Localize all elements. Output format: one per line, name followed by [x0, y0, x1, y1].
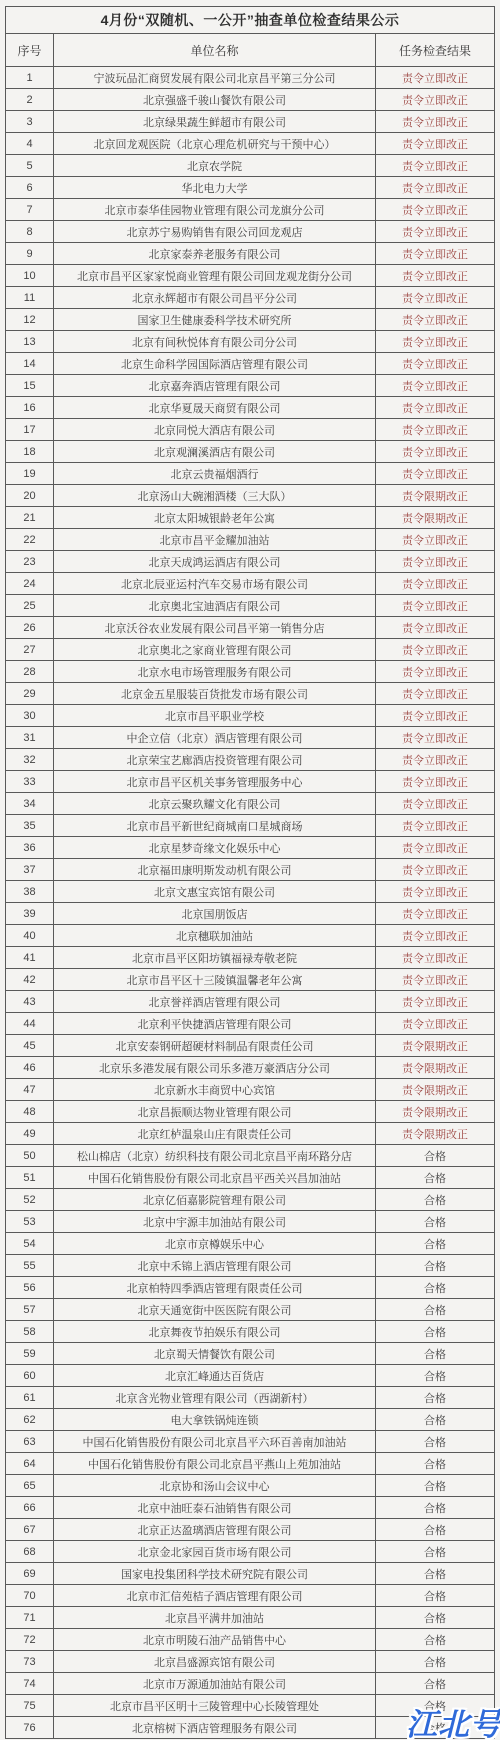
unit-name: 北京市昌平区阳坊镇福禄寿敬老院: [54, 947, 376, 969]
unit-name: 北京星梦奇缘文化娱乐中心: [54, 837, 376, 859]
page-title: 4月份“双随机、一公开”抽查单位检查结果公示: [6, 7, 495, 34]
unit-name: 北京回龙观医院（北京心理危机研究与干预中心）: [54, 133, 376, 155]
row-number: 37: [6, 859, 54, 881]
inspection-result: 责令立即改正: [376, 925, 495, 947]
inspection-result: 责令立即改正: [376, 969, 495, 991]
row-number: 65: [6, 1475, 54, 1497]
inspection-result: 合格: [376, 1409, 495, 1431]
unit-name: 国家电投集团科学技术研究院有限公司: [54, 1563, 376, 1585]
row-number: 29: [6, 683, 54, 705]
unit-name: 北京云贵福烟酒行: [54, 463, 376, 485]
table-row: 33北京市昌平区机关事务管理服务中心责令立即改正: [6, 771, 495, 793]
announcement-page: 4月份“双随机、一公开”抽查单位检查结果公示 序号 单位名称 任务检查结果 1宁…: [0, 0, 500, 1740]
unit-name: 松山棉店（北京）纺织科技有限公司北京昌平南环路分店: [54, 1145, 376, 1167]
table-row: 41北京市昌平区阳坊镇福禄寿敬老院责令立即改正: [6, 947, 495, 969]
table-row: 69国家电投集团科学技术研究院有限公司合格: [6, 1563, 495, 1585]
unit-name: 北京强盛千骏山餐饮有限公司: [54, 89, 376, 111]
row-number: 58: [6, 1321, 54, 1343]
inspection-result: 合格: [376, 1519, 495, 1541]
unit-name: 北京奥北之家商业管理有限公司: [54, 639, 376, 661]
watermark-logo: 江北号: [406, 1699, 500, 1740]
table-row: 51中国石化销售股份有限公司北京昌平西关兴昌加油站合格: [6, 1167, 495, 1189]
row-number: 28: [6, 661, 54, 683]
row-number: 38: [6, 881, 54, 903]
row-number: 48: [6, 1101, 54, 1123]
table-row: 7北京市泰华佳园物业管理有限公司龙旗分公司责令立即改正: [6, 199, 495, 221]
inspection-result: 合格: [376, 1541, 495, 1563]
inspection-result: 责令立即改正: [376, 89, 495, 111]
row-number: 26: [6, 617, 54, 639]
row-number: 31: [6, 727, 54, 749]
column-header-no: 序号: [6, 34, 54, 67]
inspection-result: 责令立即改正: [376, 221, 495, 243]
table-row: 73北京昌盛源宾馆有限公司合格: [6, 1651, 495, 1673]
row-number: 52: [6, 1189, 54, 1211]
row-number: 69: [6, 1563, 54, 1585]
table-row: 16北京华夏晟天商贸有限公司责令立即改正: [6, 397, 495, 419]
table-row: 17北京同悦大酒店有限公司责令立即改正: [6, 419, 495, 441]
inspection-result: 合格: [376, 1475, 495, 1497]
row-number: 20: [6, 485, 54, 507]
table-row: 64中国石化销售股份有限公司北京昌平燕山上苑加油站合格: [6, 1453, 495, 1475]
table-row: 61北京含光物业管理有限公司（西湖新村）合格: [6, 1387, 495, 1409]
results-table-body: 4月份“双随机、一公开”抽查单位检查结果公示 序号 单位名称 任务检查结果 1宁…: [6, 7, 495, 1739]
row-number: 34: [6, 793, 54, 815]
table-row: 63中国石化销售股份有限公司北京昌平六环百善南加油站合格: [6, 1431, 495, 1453]
table-row: 2北京强盛千骏山餐饮有限公司责令立即改正: [6, 89, 495, 111]
table-row: 29北京金五星服装百货批发市场有限公司责令立即改正: [6, 683, 495, 705]
table-row: 46北京乐多港发展有限公司乐多港万豪酒店分公司责令限期改正: [6, 1057, 495, 1079]
unit-name: 北京中宇源丰加油站有限公司: [54, 1211, 376, 1233]
row-number: 59: [6, 1343, 54, 1365]
unit-name: 北京云聚玖耀文化有限公司: [54, 793, 376, 815]
unit-name: 北京柏特四季酒店管理有限责任公司: [54, 1277, 376, 1299]
unit-name: 北京市昌平区家家悦商业管理有限公司回龙观龙街分公司: [54, 265, 376, 287]
unit-name: 北京汤山大碗湘酒楼（三大队）: [54, 485, 376, 507]
unit-name: 北京市昌平区机关事务管理服务中心: [54, 771, 376, 793]
row-number: 43: [6, 991, 54, 1013]
inspection-result: 责令立即改正: [376, 1013, 495, 1035]
row-number: 74: [6, 1673, 54, 1695]
inspection-result: 责令限期改正: [376, 1079, 495, 1101]
table-row: 52北京亿佰嘉影院管理有限公司合格: [6, 1189, 495, 1211]
row-number: 22: [6, 529, 54, 551]
unit-name: 北京榕树下酒店管理服务有限公司: [54, 1717, 376, 1739]
unit-name: 北京生命科学园国际酒店管理有限公司: [54, 353, 376, 375]
table-row: 74北京市万源通加油站有限公司合格: [6, 1673, 495, 1695]
inspection-result: 责令立即改正: [376, 639, 495, 661]
unit-name: 北京市明陵石油产品销售中心: [54, 1629, 376, 1651]
inspection-result: 合格: [376, 1255, 495, 1277]
unit-name: 北京含光物业管理有限公司（西湖新村）: [54, 1387, 376, 1409]
table-row: 34北京云聚玖耀文化有限公司责令立即改正: [6, 793, 495, 815]
unit-name: 北京沃谷农业发展有限公司昌平第一销售分店: [54, 617, 376, 639]
table-row: 23北京天成鸿运酒店有限公司责令立即改正: [6, 551, 495, 573]
unit-name: 北京北辰亚运村汽车交易市场有限公司: [54, 573, 376, 595]
unit-name: 北京汇峰通达百货店: [54, 1365, 376, 1387]
inspection-result: 合格: [376, 1607, 495, 1629]
inspection-result: 合格: [376, 1629, 495, 1651]
unit-name: 北京家泰养老服务有限公司: [54, 243, 376, 265]
row-number: 12: [6, 309, 54, 331]
unit-name: 北京新水丰商贸中心宾馆: [54, 1079, 376, 1101]
inspection-result: 责令立即改正: [376, 111, 495, 133]
unit-name: 中国石化销售股份有限公司北京昌平西关兴昌加油站: [54, 1167, 376, 1189]
table-row: 57北京天通宽街中医医院有限公司合格: [6, 1299, 495, 1321]
table-row: 9北京家泰养老服务有限公司责令立即改正: [6, 243, 495, 265]
row-number: 11: [6, 287, 54, 309]
row-number: 64: [6, 1453, 54, 1475]
row-number: 57: [6, 1299, 54, 1321]
inspection-result: 合格: [376, 1211, 495, 1233]
unit-name: 北京协和汤山会议中心: [54, 1475, 376, 1497]
table-row: 26北京沃谷农业发展有限公司昌平第一销售分店责令立即改正: [6, 617, 495, 639]
unit-name: 北京天成鸿运酒店有限公司: [54, 551, 376, 573]
table-row: 38北京文惠宝宾馆有限公司责令立即改正: [6, 881, 495, 903]
row-number: 10: [6, 265, 54, 287]
inspection-result: 责令立即改正: [376, 243, 495, 265]
inspection-result: 责令立即改正: [376, 881, 495, 903]
unit-name: 北京有间秋悦体育有限公司分公司: [54, 331, 376, 353]
table-row: 67北京正达盈璃酒店管理有限公司合格: [6, 1519, 495, 1541]
unit-name: 北京利平快捷酒店管理有限公司: [54, 1013, 376, 1035]
table-row: 71北京昌平满井加油站合格: [6, 1607, 495, 1629]
unit-name: 北京奥北宝迪酒店有限公司: [54, 595, 376, 617]
inspection-result: 责令立即改正: [376, 419, 495, 441]
row-number: 32: [6, 749, 54, 771]
inspection-result: 责令限期改正: [376, 1035, 495, 1057]
row-number: 15: [6, 375, 54, 397]
table-row: 20北京汤山大碗湘酒楼（三大队）责令限期改正: [6, 485, 495, 507]
unit-name: 北京昌盛源宾馆有限公司: [54, 1651, 376, 1673]
unit-name: 北京荣宝艺廊酒店投资管理有限公司: [54, 749, 376, 771]
inspection-result: 责令立即改正: [376, 441, 495, 463]
row-number: 66: [6, 1497, 54, 1519]
inspection-result: 责令立即改正: [376, 529, 495, 551]
table-row: 72北京市明陵石油产品销售中心合格: [6, 1629, 495, 1651]
inspection-result: 责令立即改正: [376, 661, 495, 683]
table-row: 27北京奥北之家商业管理有限公司责令立即改正: [6, 639, 495, 661]
unit-name: 北京嘉奔酒店管理有限公司: [54, 375, 376, 397]
row-number: 61: [6, 1387, 54, 1409]
row-number: 45: [6, 1035, 54, 1057]
inspection-result: 责令立即改正: [376, 903, 495, 925]
table-row: 31中企立信（北京）酒店管理有限公司责令立即改正: [6, 727, 495, 749]
row-number: 62: [6, 1409, 54, 1431]
row-number: 13: [6, 331, 54, 353]
unit-name: 北京中油旺泰石油销售有限公司: [54, 1497, 376, 1519]
row-number: 46: [6, 1057, 54, 1079]
inspection-result: 合格: [376, 1299, 495, 1321]
unit-name: 北京市汇信苑桔子酒店管理有限公司: [54, 1585, 376, 1607]
table-row: 18北京观澜溪酒店有限公司责令立即改正: [6, 441, 495, 463]
table-row: 35北京市昌平新世纪商城南口星城商场责令立即改正: [6, 815, 495, 837]
row-number: 73: [6, 1651, 54, 1673]
row-number: 35: [6, 815, 54, 837]
table-row: 25北京奥北宝迪酒店有限公司责令立即改正: [6, 595, 495, 617]
table-row: 28北京水电市场管理服务有限公司责令立即改正: [6, 661, 495, 683]
table-row: 62电大拿铁锅炖连锁合格: [6, 1409, 495, 1431]
unit-name: 北京中禾锦上酒店管理有限公司: [54, 1255, 376, 1277]
unit-name: 北京观澜溪酒店有限公司: [54, 441, 376, 463]
table-row: 42北京市昌平区十三陵镇温馨老年公寓责令立即改正: [6, 969, 495, 991]
inspection-result: 责令立即改正: [376, 595, 495, 617]
unit-name: 北京太阳城银龄老年公寓: [54, 507, 376, 529]
unit-name: 中国石化销售股份有限公司北京昌平燕山上苑加油站: [54, 1453, 376, 1475]
row-number: 9: [6, 243, 54, 265]
table-row: 44北京利平快捷酒店管理有限公司责令立即改正: [6, 1013, 495, 1035]
unit-name: 北京金五星服装百货批发市场有限公司: [54, 683, 376, 705]
row-number: 41: [6, 947, 54, 969]
table-row: 60北京汇峰通达百货店合格: [6, 1365, 495, 1387]
row-number: 63: [6, 1431, 54, 1453]
row-number: 70: [6, 1585, 54, 1607]
inspection-result: 责令立即改正: [376, 331, 495, 353]
row-number: 25: [6, 595, 54, 617]
table-row: 15北京嘉奔酒店管理有限公司责令立即改正: [6, 375, 495, 397]
table-row: 8北京苏宁易购销售有限公司回龙观店责令立即改正: [6, 221, 495, 243]
table-row: 24北京北辰亚运村汽车交易市场有限公司责令立即改正: [6, 573, 495, 595]
inspection-results-table: 4月份“双随机、一公开”抽查单位检查结果公示 序号 单位名称 任务检查结果 1宁…: [5, 6, 495, 1739]
unit-name: 电大拿铁锅炖连锁: [54, 1409, 376, 1431]
row-number: 16: [6, 397, 54, 419]
inspection-result: 合格: [376, 1585, 495, 1607]
table-row: 37北京福田康明斯发动机有限公司责令立即改正: [6, 859, 495, 881]
row-number: 1: [6, 67, 54, 89]
row-number: 56: [6, 1277, 54, 1299]
inspection-result: 责令立即改正: [376, 771, 495, 793]
table-row: 68北京金北家园百货市场有限公司合格: [6, 1541, 495, 1563]
inspection-result: 合格: [376, 1167, 495, 1189]
inspection-result: 责令立即改正: [376, 551, 495, 573]
inspection-result: 责令立即改正: [376, 991, 495, 1013]
row-number: 3: [6, 111, 54, 133]
unit-name: 北京舞夜节拍娱乐有限公司: [54, 1321, 376, 1343]
table-row: 53北京中宇源丰加油站有限公司合格: [6, 1211, 495, 1233]
unit-name: 北京文惠宝宾馆有限公司: [54, 881, 376, 903]
inspection-result: 合格: [376, 1673, 495, 1695]
inspection-result: 合格: [376, 1387, 495, 1409]
unit-name: 中国石化销售股份有限公司北京昌平六环百善南加油站: [54, 1431, 376, 1453]
row-number: 24: [6, 573, 54, 595]
row-number: 68: [6, 1541, 54, 1563]
unit-name: 北京市昌平职业学校: [54, 705, 376, 727]
table-row: 1宁波玩品汇商贸发展有限公司北京昌平第三分公司责令立即改正: [6, 67, 495, 89]
table-row: 14北京生命科学园国际酒店管理有限公司责令立即改正: [6, 353, 495, 375]
table-row: 48北京昌振顺达物业管理有限公司责令限期改正: [6, 1101, 495, 1123]
table-row: 4北京回龙观医院（北京心理危机研究与干预中心）责令立即改正: [6, 133, 495, 155]
title-row: 4月份“双随机、一公开”抽查单位检查结果公示: [6, 7, 495, 34]
inspection-result: 责令立即改正: [376, 463, 495, 485]
row-number: 4: [6, 133, 54, 155]
inspection-result: 责令立即改正: [376, 749, 495, 771]
inspection-result: 责令立即改正: [376, 265, 495, 287]
row-number: 54: [6, 1233, 54, 1255]
row-number: 6: [6, 177, 54, 199]
unit-name: 北京穗联加油站: [54, 925, 376, 947]
row-number: 47: [6, 1079, 54, 1101]
row-number: 50: [6, 1145, 54, 1167]
row-number: 72: [6, 1629, 54, 1651]
table-row: 50松山棉店（北京）纺织科技有限公司北京昌平南环路分店合格: [6, 1145, 495, 1167]
row-number: 5: [6, 155, 54, 177]
inspection-result: 责令限期改正: [376, 1101, 495, 1123]
table-row: 59北京蜀天情餐饮有限公司合格: [6, 1343, 495, 1365]
table-row: 36北京星梦奇缘文化娱乐中心责令立即改正: [6, 837, 495, 859]
table-row: 55北京中禾锦上酒店管理有限公司合格: [6, 1255, 495, 1277]
unit-name: 国家卫生健康委科学技术研究所: [54, 309, 376, 331]
row-number: 76: [6, 1717, 54, 1739]
inspection-result: 合格: [376, 1189, 495, 1211]
unit-name: 北京市昌平新世纪商城南口星城商场: [54, 815, 376, 837]
row-number: 71: [6, 1607, 54, 1629]
row-number: 53: [6, 1211, 54, 1233]
row-number: 14: [6, 353, 54, 375]
row-number: 2: [6, 89, 54, 111]
unit-name: 北京苏宁易购销售有限公司回龙观店: [54, 221, 376, 243]
unit-name: 华北电力大学: [54, 177, 376, 199]
inspection-result: 责令立即改正: [376, 397, 495, 419]
table-row: 22北京市昌平金耀加油站责令立即改正: [6, 529, 495, 551]
row-number: 36: [6, 837, 54, 859]
row-number: 8: [6, 221, 54, 243]
inspection-result: 责令立即改正: [376, 617, 495, 639]
table-row: 30北京市昌平职业学校责令立即改正: [6, 705, 495, 727]
unit-name: 北京市昌平区明十三陵管理中心长陵管理处: [54, 1695, 376, 1717]
inspection-result: 责令立即改正: [376, 287, 495, 309]
unit-name: 北京安泰钢研超硬材料制品有限责任公司: [54, 1035, 376, 1057]
table-row: 19北京云贵福烟酒行责令立即改正: [6, 463, 495, 485]
row-number: 75: [6, 1695, 54, 1717]
inspection-result: 责令立即改正: [376, 133, 495, 155]
inspection-result: 责令立即改正: [376, 67, 495, 89]
table-row: 45北京安泰钢研超硬材料制品有限责任公司责令限期改正: [6, 1035, 495, 1057]
unit-name: 北京国朋饭店: [54, 903, 376, 925]
inspection-result: 责令限期改正: [376, 1123, 495, 1145]
inspection-result: 责令立即改正: [376, 793, 495, 815]
unit-name: 北京誉祥酒店管理有限公司: [54, 991, 376, 1013]
row-number: 27: [6, 639, 54, 661]
row-number: 7: [6, 199, 54, 221]
inspection-result: 责令立即改正: [376, 177, 495, 199]
inspection-result: 责令限期改正: [376, 485, 495, 507]
unit-name: 宁波玩品汇商贸发展有限公司北京昌平第三分公司: [54, 67, 376, 89]
table-row: 13北京有间秋悦体育有限公司分公司责令立即改正: [6, 331, 495, 353]
unit-name: 北京红栌温泉山庄有限责任公司: [54, 1123, 376, 1145]
row-number: 67: [6, 1519, 54, 1541]
row-number: 49: [6, 1123, 54, 1145]
table-row: 5北京农学院责令立即改正: [6, 155, 495, 177]
unit-name: 北京蜀天情餐饮有限公司: [54, 1343, 376, 1365]
table-row: 10北京市昌平区家家悦商业管理有限公司回龙观龙街分公司责令立即改正: [6, 265, 495, 287]
table-row: 43北京誉祥酒店管理有限公司责令立即改正: [6, 991, 495, 1013]
table-row: 40北京穗联加油站责令立即改正: [6, 925, 495, 947]
unit-name: 北京昌振顺达物业管理有限公司: [54, 1101, 376, 1123]
row-number: 55: [6, 1255, 54, 1277]
unit-name: 北京绿果蔬生鲜超市有限公司: [54, 111, 376, 133]
column-header-result: 任务检查结果: [376, 34, 495, 67]
unit-name: 北京永辉超市有限公司昌平分公司: [54, 287, 376, 309]
table-row: 32北京荣宝艺廊酒店投资管理有限公司责令立即改正: [6, 749, 495, 771]
table-row: 3北京绿果蔬生鲜超市有限公司责令立即改正: [6, 111, 495, 133]
table-row: 11北京永辉超市有限公司昌平分公司责令立即改正: [6, 287, 495, 309]
row-number: 60: [6, 1365, 54, 1387]
unit-name: 北京华夏晟天商贸有限公司: [54, 397, 376, 419]
table-row: 66北京中油旺泰石油销售有限公司合格: [6, 1497, 495, 1519]
row-number: 18: [6, 441, 54, 463]
table-row: 6华北电力大学责令立即改正: [6, 177, 495, 199]
table-header-row: 序号 单位名称 任务检查结果: [6, 34, 495, 67]
inspection-result: 合格: [376, 1651, 495, 1673]
inspection-result: 责令立即改正: [376, 947, 495, 969]
row-number: 39: [6, 903, 54, 925]
inspection-result: 责令立即改正: [376, 155, 495, 177]
inspection-result: 合格: [376, 1277, 495, 1299]
inspection-result: 责令立即改正: [376, 353, 495, 375]
unit-name: 北京同悦大酒店有限公司: [54, 419, 376, 441]
inspection-result: 合格: [376, 1321, 495, 1343]
row-number: 42: [6, 969, 54, 991]
unit-name: 北京市泰华佳园物业管理有限公司龙旗分公司: [54, 199, 376, 221]
row-number: 19: [6, 463, 54, 485]
unit-name: 北京水电市场管理服务有限公司: [54, 661, 376, 683]
inspection-result: 合格: [376, 1431, 495, 1453]
inspection-result: 合格: [376, 1497, 495, 1519]
unit-name: 北京乐多港发展有限公司乐多港万豪酒店分公司: [54, 1057, 376, 1079]
unit-name: 北京昌平满井加油站: [54, 1607, 376, 1629]
table-row: 65北京协和汤山会议中心合格: [6, 1475, 495, 1497]
inspection-result: 责令立即改正: [376, 683, 495, 705]
inspection-result: 合格: [376, 1343, 495, 1365]
unit-name: 北京农学院: [54, 155, 376, 177]
inspection-result: 责令限期改正: [376, 507, 495, 529]
column-header-name: 单位名称: [54, 34, 376, 67]
table-row: 49北京红栌温泉山庄有限责任公司责令限期改正: [6, 1123, 495, 1145]
row-number: 21: [6, 507, 54, 529]
inspection-result: 责令立即改正: [376, 815, 495, 837]
row-number: 17: [6, 419, 54, 441]
inspection-result: 责令立即改正: [376, 375, 495, 397]
inspection-result: 合格: [376, 1233, 495, 1255]
table-row: 70北京市汇信苑桔子酒店管理有限公司合格: [6, 1585, 495, 1607]
unit-name: 北京福田康明斯发动机有限公司: [54, 859, 376, 881]
table-row: 21北京太阳城银龄老年公寓责令限期改正: [6, 507, 495, 529]
unit-name: 北京市万源通加油站有限公司: [54, 1673, 376, 1695]
row-number: 23: [6, 551, 54, 573]
inspection-result: 责令立即改正: [376, 573, 495, 595]
inspection-result: 责令限期改正: [376, 1057, 495, 1079]
inspection-result: 责令立即改正: [376, 199, 495, 221]
row-number: 44: [6, 1013, 54, 1035]
unit-name: 北京亿佰嘉影院管理有限公司: [54, 1189, 376, 1211]
row-number: 30: [6, 705, 54, 727]
table-row: 58北京舞夜节拍娱乐有限公司合格: [6, 1321, 495, 1343]
inspection-result: 责令立即改正: [376, 859, 495, 881]
inspection-result: 合格: [376, 1563, 495, 1585]
inspection-result: 责令立即改正: [376, 727, 495, 749]
inspection-result: 责令立即改正: [376, 837, 495, 859]
table-row: 12国家卫生健康委科学技术研究所责令立即改正: [6, 309, 495, 331]
table-row: 54北京市京樽娱乐中心合格: [6, 1233, 495, 1255]
unit-name: 北京金北家园百货市场有限公司: [54, 1541, 376, 1563]
table-row: 39北京国朋饭店责令立即改正: [6, 903, 495, 925]
row-number: 33: [6, 771, 54, 793]
unit-name: 北京市京樽娱乐中心: [54, 1233, 376, 1255]
table-row: 47北京新水丰商贸中心宾馆责令限期改正: [6, 1079, 495, 1101]
inspection-result: 责令立即改正: [376, 309, 495, 331]
inspection-result: 合格: [376, 1453, 495, 1475]
table-row: 56北京柏特四季酒店管理有限责任公司合格: [6, 1277, 495, 1299]
